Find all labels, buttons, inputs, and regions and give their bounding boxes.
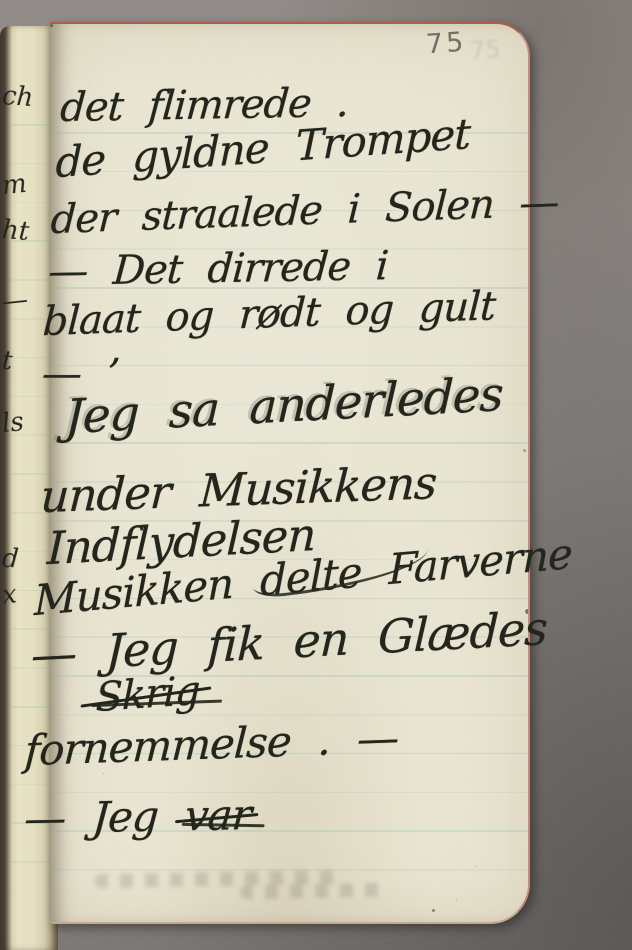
handwriting-line: fornemmelse . — (24, 715, 400, 774)
handwriting-text: Jeg sa anderledes (64, 367, 504, 445)
handwriting-layer: det flimrede .de gyldne Trompetder straa… (0, 0, 632, 950)
ghost-smudge (240, 883, 390, 900)
handwriting-text: — Det dirrede i (47, 243, 390, 295)
handwriting-text: fornemmelse . — (24, 713, 400, 775)
handwriting-text: — Jeg (23, 791, 187, 843)
handwriting-line: — Det dirrede i (47, 244, 389, 294)
struck-word: var (183, 792, 252, 839)
handwriting-line: Skrig (95, 669, 200, 720)
handwriting-line: der straalede i Solen — (50, 180, 560, 242)
handwriting-line: Jeg sa anderledes (64, 369, 503, 444)
photo-background: chmht—tlsdx 75 75 det flimrede .de gyldn… (0, 0, 632, 950)
struck-word: Skrig (95, 669, 200, 720)
handwriting-line: — Jeg var (23, 792, 253, 842)
handwriting-text: der straalede i Solen — (50, 179, 560, 243)
